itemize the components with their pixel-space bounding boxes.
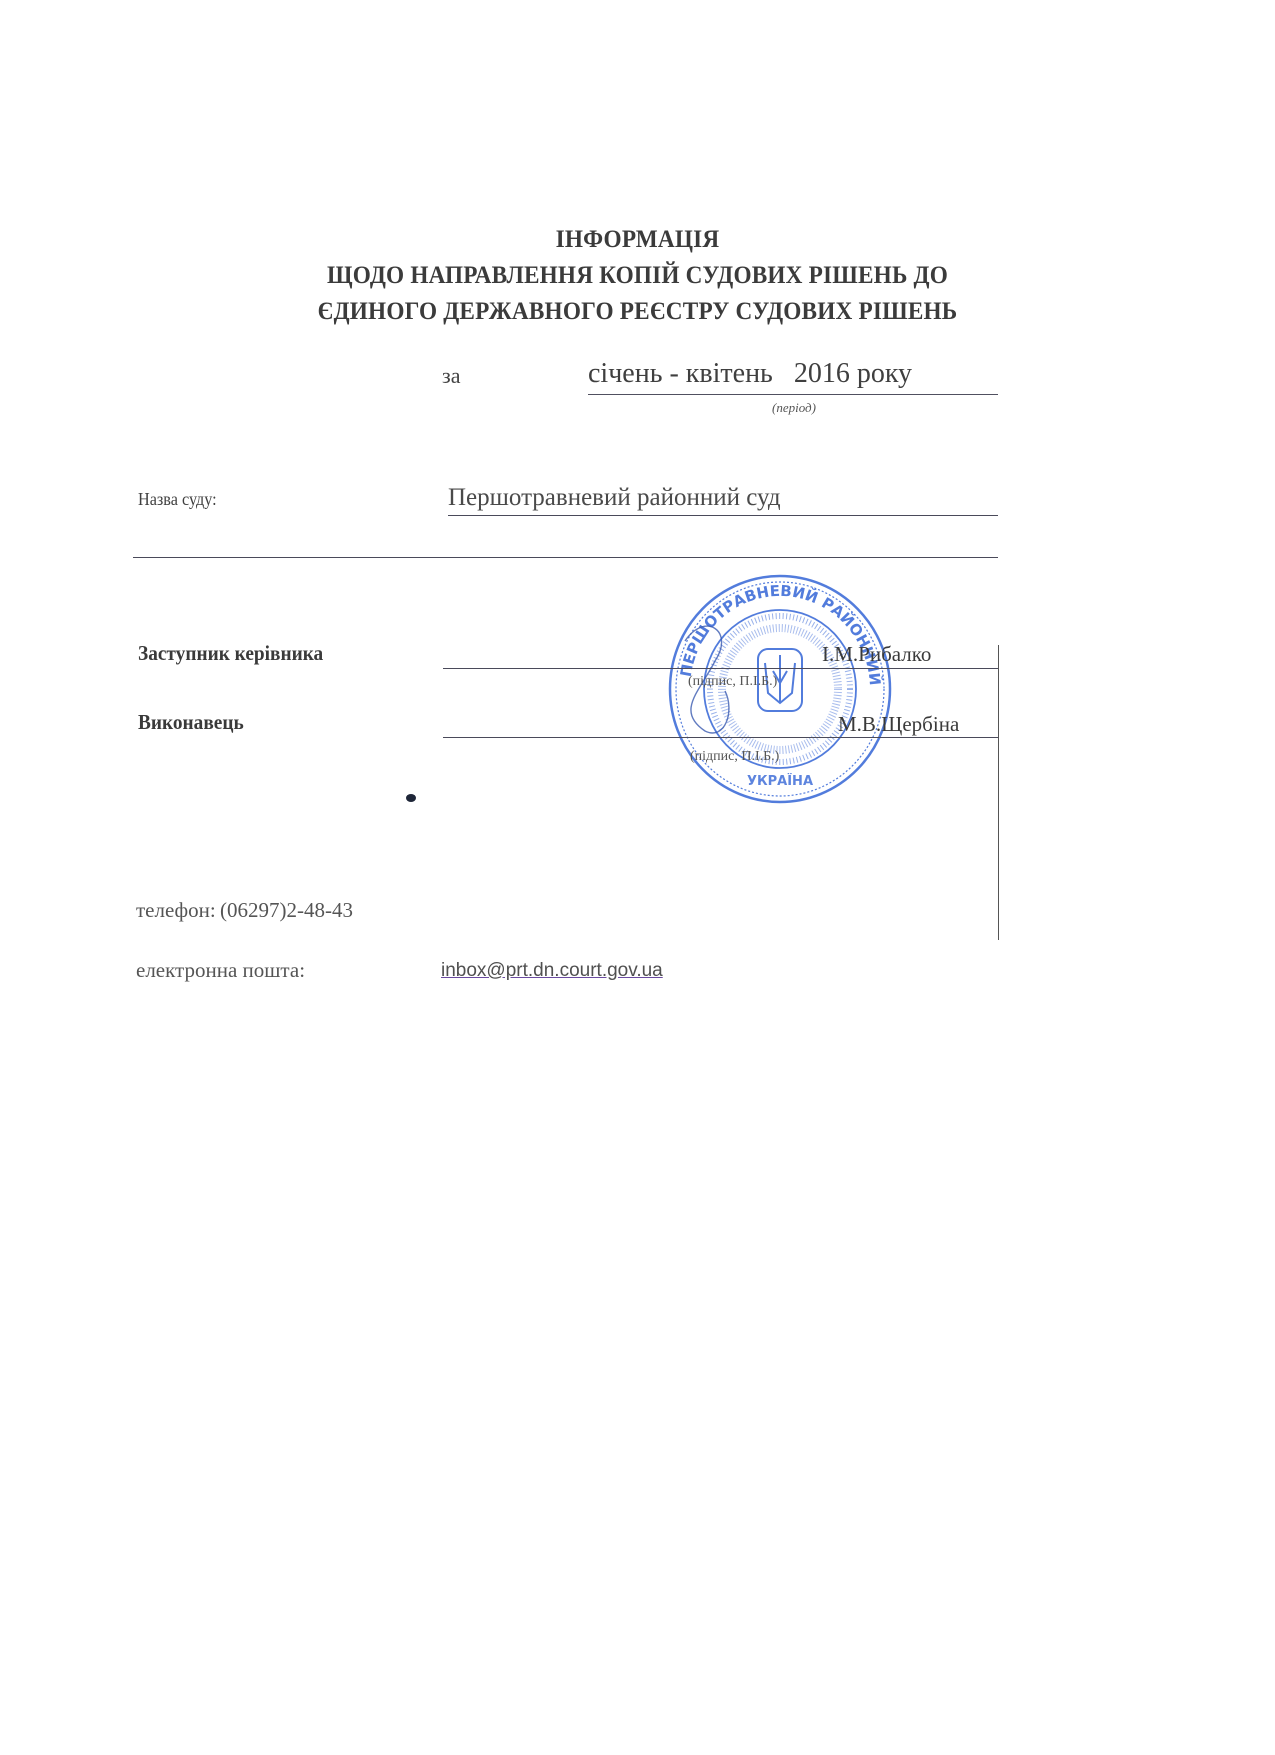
- period-value: січень - квітень 2016 року: [588, 358, 912, 390]
- court-section-divider: [133, 557, 998, 558]
- signature-line-executor: [443, 737, 999, 738]
- period-underline: [588, 394, 998, 395]
- signature-line-deputy-head: [443, 668, 999, 669]
- court-name-label: Назва суду:: [138, 489, 217, 510]
- period-prefix: за: [442, 363, 460, 389]
- signature-name-executor: М.В.Щербіна: [838, 712, 959, 737]
- document-title-line-3: ЄДИНОГО ДЕРЖАВНОГО РЕЄСТРУ СУДОВИХ РІШЕН…: [45, 298, 1231, 326]
- signature-name-deputy-head: І.М.Рибалко: [822, 642, 931, 667]
- document-title-line-1: ІНФОРМАЦІЯ: [45, 226, 1231, 254]
- court-name-underline: [448, 515, 998, 516]
- document-title-line-2: ЩОДО НАПРАВЛЕННЯ КОПІЙ СУДОВИХ РІШЕНЬ ДО: [45, 262, 1231, 290]
- ink-dot-mark: [406, 794, 416, 802]
- email-link[interactable]: inbox@prt.dn.court.gov.ua: [441, 960, 663, 982]
- signature-role-executor: Виконавець: [138, 710, 244, 735]
- signature-caption-executor: (підпис, П.І.Б.): [690, 749, 779, 765]
- form-vertical-border: [998, 645, 999, 940]
- signature-role-deputy-head: Заступник керівника: [138, 641, 323, 666]
- email-label: електронна пошта:: [136, 958, 305, 983]
- phone-label: телефон:: [136, 898, 216, 923]
- phone-value: (06297)2-48-43: [220, 898, 353, 923]
- signature-caption-deputy-head: (підпис, П.І.Б.): [688, 674, 777, 690]
- svg-text:УКРАЇНА: УКРАЇНА: [747, 773, 813, 789]
- court-name-value: Першотравневий районний суд: [448, 484, 781, 512]
- period-caption: (період): [772, 400, 816, 416]
